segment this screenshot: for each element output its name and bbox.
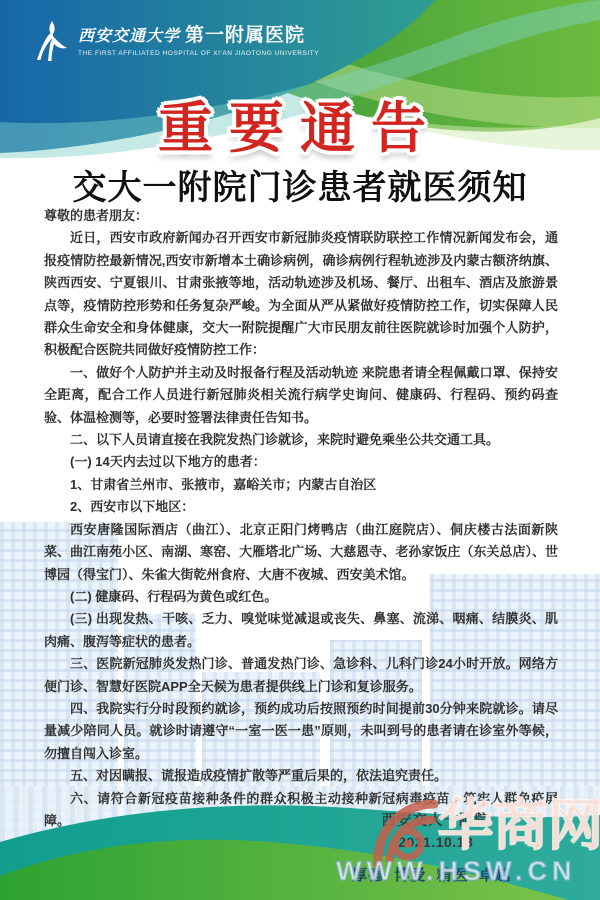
- paragraph-item-3: 三、医院新冠肺炎发热门诊、普通发热门诊、急诊科、儿科门诊24小时开放。网络方便门…: [44, 653, 558, 698]
- paragraph-item-2: 二、以下人员请直接在我院发热门诊就诊，来院时避免乘坐公共交通工具。: [44, 429, 558, 451]
- hospital-logo-icon: [34, 20, 70, 62]
- paragraph-item-2-sub-2: (二) 健康码、行程码为黄色或红色。: [44, 586, 558, 608]
- paragraph-place-list-2: 2、西安市以下地区：: [44, 496, 558, 518]
- hospital-name-english: THE FIRST AFFILIATED HOSPITAL OF XI'AN J…: [78, 50, 319, 57]
- watermark-site-name: 华商网: [438, 795, 600, 855]
- watermark-site-url: WWW.HSW.CN: [336, 856, 576, 887]
- paragraph-place-list-1: 1、甘肃省兰州市、张掖市，嘉峪关市；内蒙古自治区: [44, 474, 558, 496]
- notice-body: 尊敬的患者朋友： 近日，西安市政府新闻办召开西安市新冠肺炎疫情联防联控工作情况新…: [44, 205, 558, 832]
- paragraph-intro: 近日，西安市政府新闻办召开西安市新冠肺炎疫情联防联控工作情况新闻发布会，通报疫情…: [44, 227, 558, 361]
- notice-poster: { "poster": { "logo": { "icon": "crane-f…: [0, 0, 600, 900]
- paragraph-item-2-sub-3: (三) 出现发热、干咳、乏力、嗅觉味觉减退或丧失、鼻塞、流涕、咽痛、结膜炎、肌肉…: [44, 608, 558, 653]
- university-name-calligraphy: 西安交通大学: [78, 23, 180, 46]
- hospital-logo: 西安交通大学 第一附属医院 THE FIRST AFFILIATED HOSPI…: [34, 20, 319, 62]
- notice-title: 重要通告: [0, 84, 600, 163]
- hospital-logo-text: 西安交通大学 第一附属医院 THE FIRST AFFILIATED HOSPI…: [78, 20, 319, 57]
- paragraph-xian-locations: 西安唐隆国际酒店（曲江）、北京正阳门烤鸭店（曲江庭院店）、侗庆楼古法面新陕菜、曲…: [44, 519, 558, 586]
- hospital-name: 第一附属医院: [185, 20, 305, 47]
- notice-subtitle: 交大一附院门诊患者就医须知: [0, 160, 600, 209]
- paragraph-item-2-sub-1: (一) 14天内去过以下地方的患者：: [44, 451, 558, 473]
- paragraph-item-4: 四、我院实行分时段预约就诊，预约成功后按照预约时间提前30分钟来院就诊。请尽量减…: [44, 698, 558, 765]
- paragraph-item-1: 一、做好个人防护并主动及时报备行程及活动轨迹 来院患者请全程佩戴口罩、保持安全距…: [44, 362, 558, 429]
